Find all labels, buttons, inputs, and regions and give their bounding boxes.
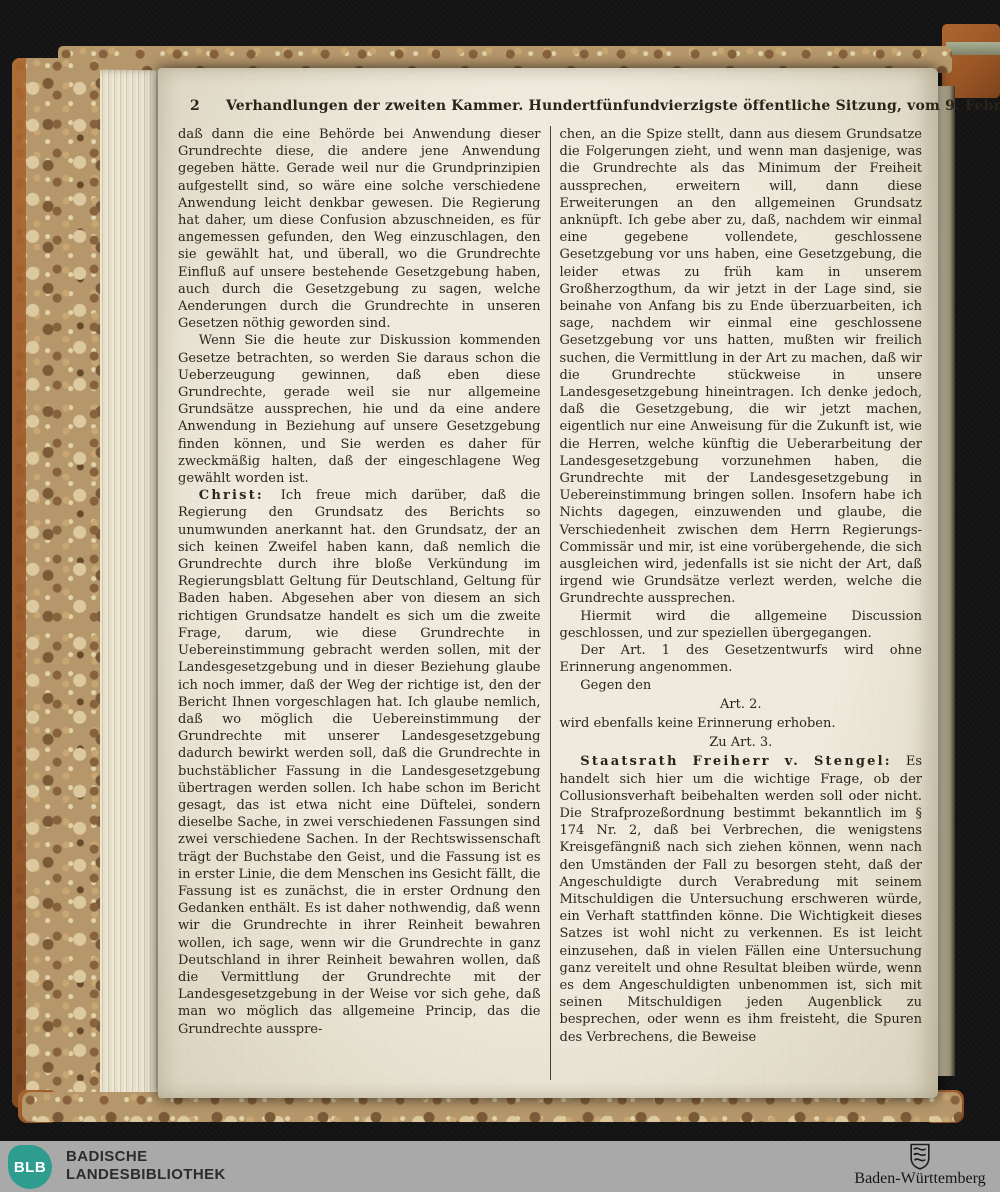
footer-bar: BLB BADISCHE LANDESBIBLIOTHEK Baden-Würt… [0,1141,1000,1192]
paragraph: Art. 2. [560,696,923,713]
text-columns: daß dann die eine Behörde bei Anwendung … [178,126,922,1080]
state-logo-block: Baden-Württemberg [845,1143,995,1190]
library-name-line1: BADISCHE [66,1148,226,1166]
paragraph: Der Art. 1 des Gesetzentwurfs wird ohne … [560,642,923,676]
paragraph: Gegen den [560,677,923,694]
page-header: 2 Verhandlungen der zweiten Kammer. Hund… [178,98,912,118]
paragraph: Zu Art. 3. [560,734,923,751]
paragraph: Staatsrath Freiherr v. Stengel: Es hande… [560,753,923,1045]
digitized-book-viewer: 2 Verhandlungen der zweiten Kammer. Hund… [0,0,1000,1192]
scanned-page: 2 Verhandlungen der zweiten Kammer. Hund… [158,68,938,1098]
library-name-line2: LANDESBIBLIOTHEK [66,1166,226,1184]
speaker-name: Christ: [199,488,281,503]
right-column: chen, an die Spize stellt, dann aus dies… [550,126,923,1080]
paragraph: Hiermit wird die allgemeine Discussion g… [560,608,923,642]
left-column: daß dann die eine Behörde bei Anwendung … [178,126,550,1080]
speaker-name: Staatsrath Freiherr v. Stengel: [580,754,906,769]
page-title: Verhandlungen der zweiten Kammer. Hunder… [226,98,912,114]
page-number: 2 [190,98,200,114]
paragraph: Wenn Sie die heute zur Diskussion kommen… [178,332,541,487]
paragraph: wird ebenfalls keine Erinnerung erhoben. [560,715,923,732]
paragraph: daß dann die eine Behörde bei Anwendung … [178,126,541,332]
blb-logo[interactable]: BLB [8,1145,52,1189]
book-band [946,42,1000,55]
book-spine-left [12,58,26,1108]
page-edges-stack [100,70,166,1102]
paragraph: Christ: Ich freue mich darüber, daß die … [178,487,541,1038]
page-right-edge [938,86,955,1076]
blb-logo-text: BLB [14,1159,46,1176]
baden-wuerttemberg-coat-of-arms-icon [908,1143,932,1170]
paragraph: chen, an die Spize stellt, dann aus dies… [560,126,923,608]
library-name: BADISCHE LANDESBIBLIOTHEK [66,1148,226,1184]
state-name: Baden-Württemberg [845,1170,995,1188]
